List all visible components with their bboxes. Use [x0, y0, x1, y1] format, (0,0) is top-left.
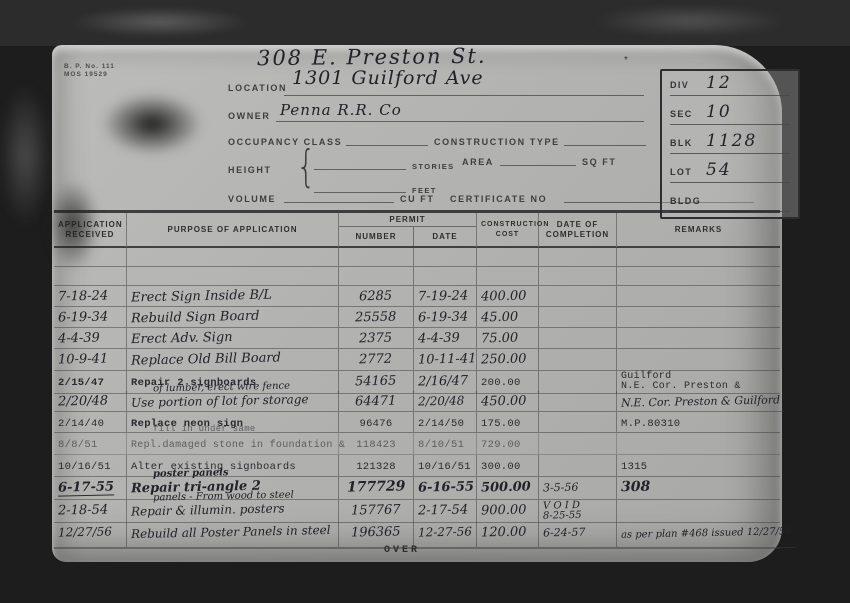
- permit-date: 6-16-55: [418, 479, 474, 495]
- table-row: 6-19-34 Rebuild Sign Board 25558 6-19-34…: [54, 307, 780, 328]
- construction-cost: 500.00: [481, 479, 531, 495]
- film-dark-blotch: [38, 165, 108, 285]
- remarks: 1315: [621, 461, 647, 473]
- purpose: Use portion of lot for storage: [131, 392, 309, 410]
- permit-number: 118423: [356, 439, 396, 451]
- table-row: 4-4-39 Erect Adv. Sign 2375 4-4-39 75.00: [54, 328, 780, 349]
- occupancy-class-label: OCCUPANCY CLASS: [228, 137, 342, 147]
- lot-value: 54: [706, 160, 732, 180]
- application-received: 10/16/51: [58, 461, 111, 473]
- col-permit: PERMIT NUMBER DATE: [339, 213, 477, 248]
- permit-number: 64471: [355, 394, 397, 410]
- permit-number: 6285: [359, 289, 392, 305]
- over-label: OVER: [52, 545, 752, 556]
- construction-type-label: CONSTRUCTION TYPE: [434, 137, 560, 147]
- permit-date: 10/16/51: [418, 461, 471, 473]
- permit-date: 2/14/50: [418, 418, 464, 430]
- permit-number: 2772: [359, 352, 392, 368]
- permit-number: 25558: [355, 310, 397, 326]
- permit-number: 2375: [359, 331, 392, 347]
- div-value: 12: [706, 73, 732, 93]
- film-dark-blotch: [82, 81, 222, 167]
- construction-cost: 450.00: [481, 394, 527, 410]
- remarks-line2: N.E. Cor. Preston &: [621, 382, 776, 392]
- application-received: 2/20/48: [58, 393, 108, 409]
- volume-underline: [284, 202, 394, 203]
- location-underline: [284, 95, 644, 96]
- area-label: AREA: [462, 157, 494, 167]
- application-received: 7-18-24: [58, 288, 108, 304]
- owner-underline: [276, 121, 644, 122]
- construction-cost: 75.00: [481, 331, 519, 347]
- col-remarks: REMARKS: [617, 213, 780, 248]
- purpose: Erect Adv. Sign: [131, 330, 233, 347]
- plat-info-box: DIV 12 SEC 10 BLK 1128 LOT 54 BLDG: [660, 69, 800, 219]
- form-number: B. P. No. 111 MOS 19529: [64, 63, 115, 79]
- permit-date: 2-17-54: [418, 502, 468, 518]
- permit-number: 121328: [356, 461, 396, 473]
- construction-cost: 175.00: [481, 418, 521, 430]
- sec-row: SEC 10: [662, 100, 798, 129]
- application-received: 8/8/51: [58, 439, 98, 451]
- permit-date: 7-19-24: [418, 288, 468, 304]
- construction-cost: 45.00: [481, 310, 519, 326]
- feet-underline: [314, 192, 406, 193]
- application-received: 2-18-54: [58, 502, 108, 518]
- table-row: 8/8/51 fill in under same Repl.damaged s…: [54, 433, 780, 455]
- construction-underline: [564, 145, 646, 146]
- permit-header: PERMIT: [339, 213, 476, 227]
- remarks: 308: [621, 479, 651, 496]
- permit-number: 96476: [359, 418, 392, 430]
- purpose: Erect Sign Inside B/L: [131, 288, 272, 306]
- permit-date: 6-19-34: [418, 309, 468, 325]
- col-purpose: PURPOSE OF APPLICATION: [127, 213, 339, 248]
- col-date-of-completion: DATE OF COMPLETION: [539, 213, 617, 248]
- application-received: 2/14/40: [58, 418, 104, 430]
- col-permit-date: DATE: [414, 227, 476, 246]
- blk-underline: [670, 153, 790, 154]
- height-brace: {: [296, 141, 316, 192]
- div-underline: [670, 95, 790, 96]
- form-number-line1: B. P. No. 111: [64, 63, 115, 71]
- height-label: HEIGHT: [228, 165, 272, 175]
- div-row: DIV 12: [662, 71, 798, 100]
- sec-label: SEC: [670, 109, 693, 119]
- permit-number: 157767: [351, 502, 401, 518]
- col-permit-number: NUMBER: [339, 227, 414, 246]
- construction-cost: 250.00: [481, 352, 527, 368]
- certificate-no-label: CERTIFICATE NO: [450, 194, 547, 204]
- volume-label: VOLUME: [228, 194, 276, 204]
- film-smudge: [560, 0, 820, 42]
- application-received: 6-17-55: [58, 479, 114, 496]
- purpose: Repl.damaged stone in foundation &: [131, 440, 345, 451]
- permits-table: APPLICATION RECEIVED PURPOSE OF APPLICAT…: [54, 210, 780, 549]
- application-received: 10-9-41: [58, 351, 108, 367]
- construction-cost: 900.00: [481, 503, 527, 519]
- completion-line2: 8-25-55: [543, 510, 612, 521]
- permit-date: 2/20/48: [418, 394, 465, 409]
- blk-label: BLK: [670, 138, 693, 148]
- col-construction-cost: CONSTRUCTION COST: [477, 213, 539, 248]
- permit-number: 54165: [355, 374, 397, 390]
- blk-row: BLK 1128: [662, 129, 798, 158]
- cuft-label: CU FT: [400, 194, 435, 204]
- permit-date: 12-27-56: [418, 524, 472, 539]
- occupancy-underline: [346, 145, 428, 146]
- table-row: 2/20/48 of lumber, erect wire fence Use …: [54, 391, 780, 412]
- remarks: N.E. Cor. Preston & Guilford: [621, 393, 780, 409]
- empty-row: [54, 267, 780, 286]
- purpose: Rebuild Sign Board: [131, 309, 260, 327]
- table-header-row: APPLICATION RECEIVED PURPOSE OF APPLICAT…: [54, 213, 780, 248]
- application-received: 2/15/47: [58, 377, 104, 389]
- table-row: 7-18-24 Erect Sign Inside B/L 6285 7-19-…: [54, 286, 780, 307]
- lot-row: LOT 54: [662, 158, 798, 187]
- asterisk-mark: *: [624, 55, 628, 66]
- remarks: as per plan #468 issued 12/27/56: [621, 526, 792, 541]
- purpose-note: poster panels: [153, 467, 229, 480]
- film-smudge: [40, 2, 280, 42]
- permit-date: 4-4-39: [418, 331, 460, 347]
- location-label: LOCATION: [228, 83, 287, 93]
- construction-cost: 400.00: [481, 289, 527, 305]
- application-received: 6-19-34: [58, 309, 108, 325]
- application-received: 12/27/56: [58, 524, 112, 539]
- sec-value: 10: [706, 102, 732, 122]
- div-label: DIV: [670, 80, 689, 90]
- construction-cost: 200.00: [481, 377, 521, 389]
- application-received: 4-4-39: [58, 331, 100, 347]
- lot-label: LOT: [670, 167, 692, 177]
- permit-record-card: B. P. No. 111 MOS 19529 308 E. Preston S…: [52, 45, 782, 562]
- purpose-note: fill in under same: [153, 424, 256, 434]
- remarks: M.P.80310: [621, 418, 680, 430]
- empty-row: [54, 248, 780, 267]
- date-of-completion: 3-5-56: [543, 481, 579, 495]
- table-row: 2-18-54 panels - From wood to steel Repa…: [54, 500, 780, 522]
- location-value: 1301 Guilford Ave: [292, 67, 484, 89]
- purpose: Repair & illumin. posters: [131, 501, 285, 518]
- date-of-completion: 6-24-57: [543, 526, 586, 540]
- bldg-label: BLDG: [670, 196, 701, 206]
- owner-label: OWNER: [228, 111, 271, 121]
- permit-number: 196365: [351, 524, 401, 540]
- form-number-line2: MOS 19529: [64, 71, 115, 79]
- owner-value: Penna R.R. Co: [280, 101, 402, 119]
- sqft-label: SQ FT: [582, 157, 617, 167]
- construction-cost: 120.00: [481, 525, 527, 541]
- construction-cost: 300.00: [481, 461, 521, 473]
- stories-underline: [314, 169, 406, 170]
- sec-underline: [670, 124, 790, 125]
- purpose: Rebuild all Poster Panels in steel: [131, 523, 331, 541]
- stories-label: STORIES: [412, 162, 455, 171]
- table-row: 10-9-41 Replace Old Bill Board 2772 10-1…: [54, 349, 780, 371]
- permit-number: 177729: [347, 478, 406, 495]
- purpose: Replace Old Bill Board: [131, 350, 281, 368]
- permit-date: 8/10/51: [418, 439, 464, 451]
- scanned-permit-card-photo: B. P. No. 111 MOS 19529 308 E. Preston S…: [0, 0, 850, 603]
- construction-cost: 729.00: [481, 439, 521, 451]
- permit-date: 10-11-41: [418, 351, 477, 367]
- lot-underline: [670, 182, 790, 183]
- permit-date: 2/16/47: [418, 373, 468, 389]
- blk-value: 1128: [706, 131, 757, 151]
- area-underline: [500, 165, 576, 166]
